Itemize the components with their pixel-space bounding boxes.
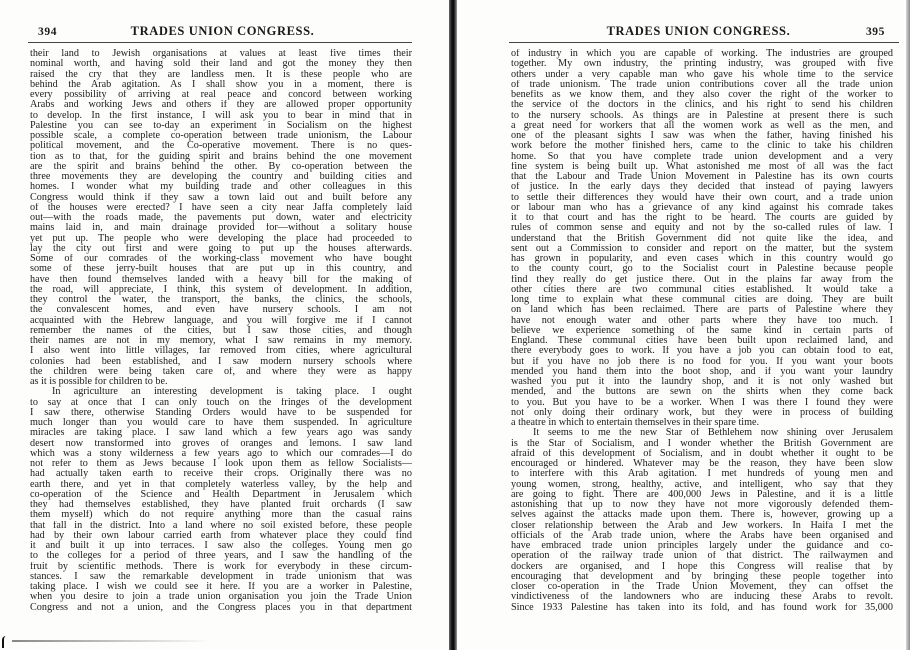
text-line: colonies had been established, and I saw… xyxy=(30,357,412,367)
text-line: Since 1933 Palestine has taken into its … xyxy=(511,603,893,613)
text-line: to the colleges for a period of three ye… xyxy=(30,551,412,561)
text-line: some of these jerry-built houses that ar… xyxy=(30,264,412,274)
text-line: vindictiveness of the landowners who are… xyxy=(511,592,893,602)
text-line: desert now transformed into groves of or… xyxy=(30,439,412,449)
text-line: one of the pleasant sights I saw was whe… xyxy=(511,131,893,141)
text-line: mains laid in, and main drainage provide… xyxy=(30,223,412,233)
text-line: acquainted with the Hebrew language, and… xyxy=(30,316,412,326)
text-line: the road, will appreciate, I think, this… xyxy=(30,285,412,295)
text-line: encouraging that development and by brin… xyxy=(511,572,893,582)
page-edge-shadow xyxy=(12,640,212,642)
running-head-title: TRADES UNION CONGRESS. xyxy=(509,24,866,39)
right-running-head: TRADES UNION CONGRESS. 395 xyxy=(509,24,885,40)
text-line: much longer than you would care to have … xyxy=(30,418,412,428)
text-line: their names are not in my memory, what I… xyxy=(30,336,412,346)
left-running-head: 394 TRADES UNION CONGRESS. xyxy=(38,24,410,40)
text-line: rules of common sense and equity and not… xyxy=(511,223,893,233)
text-line: tion as to that, for the guiding spirit … xyxy=(30,152,412,162)
text-line: of trade unionism. The trade union contr… xyxy=(511,80,893,90)
text-line: others under a very capable man who gave… xyxy=(511,70,893,80)
text-line: had actually taken earth to receive thei… xyxy=(30,469,412,479)
text-line: or labour man who has a grievance of any… xyxy=(511,203,893,213)
text-line: that fall in the district. Into a land w… xyxy=(30,521,412,531)
text-line: of justice. In the early days they decid… xyxy=(511,182,893,192)
text-line: It seems to me the new Star of Bethlehem… xyxy=(511,428,893,438)
text-line: of industry in which you are capable of … xyxy=(511,49,893,59)
left-page-body: their land to Jewish organisations at va… xyxy=(30,49,412,613)
text-line: earth there, and yet in that completely … xyxy=(30,480,412,490)
text-line: closer co-operation in the Trade Union M… xyxy=(511,582,893,592)
text-line: is the Star of Socialism, and I wonder w… xyxy=(511,439,893,449)
text-line: Palestine you can see to-day an experime… xyxy=(30,121,412,131)
header-rule xyxy=(509,42,899,43)
text-line: have then found themselves landed with a… xyxy=(30,275,412,285)
text-line: mended you hand them into the boot shop,… xyxy=(511,367,893,377)
text-line: are the spirit and brains behind the oth… xyxy=(30,162,412,172)
text-line: behind the Arab agitation. As I shall sh… xyxy=(30,80,412,90)
text-line: to develop. In the first instance, I wil… xyxy=(30,111,412,121)
text-line: I also went into little villages, far re… xyxy=(30,346,412,356)
text-line: homes. I wonder what my building trade a… xyxy=(30,182,412,192)
text-line: to say at once that I can only touch on … xyxy=(30,398,412,408)
text-line: their land to Jewish organisations at va… xyxy=(30,49,412,59)
text-line: a theatre in which to entertain themselv… xyxy=(511,418,893,428)
text-line: has grown in popularity, and even cases … xyxy=(511,254,893,264)
text-line: mended, and the buttons are sewn on the … xyxy=(511,387,893,397)
text-line: which was a stony wilderness a few years… xyxy=(30,449,412,459)
text-line: to the county court, go to the Socialist… xyxy=(511,264,893,274)
text-line: encouraged or hindered. Whatever may be … xyxy=(511,459,893,469)
text-line: had by their own labour carried earth fr… xyxy=(30,531,412,541)
text-line: the service of the doctors in the clinic… xyxy=(511,100,893,110)
text-line: Congress would think if they saw a town … xyxy=(30,193,412,203)
text-line: I saw there, otherwise Standing Orders w… xyxy=(30,408,412,418)
text-line: when you desire to join a trade union or… xyxy=(30,592,412,602)
text-line: raised the cry that they are landless me… xyxy=(30,70,412,80)
text-line: together. My own industry, the printing … xyxy=(511,59,893,69)
text-line: England. These communal cities have been… xyxy=(511,336,893,346)
text-line: three movements they are developing the … xyxy=(30,172,412,182)
text-line: other cities there are two communal citi… xyxy=(511,285,893,295)
text-line: they control the water, the transport, t… xyxy=(30,295,412,305)
text-line: fruit by scientific methods. There is wo… xyxy=(30,562,412,572)
text-line: long time to explain what these communal… xyxy=(511,295,893,305)
text-line: there everybody goes to work. If you hav… xyxy=(511,346,893,356)
text-line: afraid of this development of Socialism,… xyxy=(511,449,893,459)
text-line: find they really do get justice there. O… xyxy=(511,275,893,285)
text-line: Some of our comrades of the working-clas… xyxy=(30,254,412,264)
text-line: In agriculture an interesting developmen… xyxy=(30,387,412,397)
text-line: are going to fight. There are 400,000 Je… xyxy=(511,490,893,500)
page-edge xyxy=(906,0,910,650)
text-line: to settle their differences they would h… xyxy=(511,193,893,203)
text-line: officials of the Arab trade union, where… xyxy=(511,531,893,541)
text-line: washed you put it into the laundry shop,… xyxy=(511,377,893,387)
text-line: co-operation of the Science and Health D… xyxy=(30,490,412,500)
text-line: have embraced trade union principles lar… xyxy=(511,541,893,551)
left-page: 394 TRADES UNION CONGRESS. their land to… xyxy=(0,0,452,650)
right-page: TRADES UNION CONGRESS. 395 of industry i… xyxy=(457,0,910,650)
text-line: operation of the railway trade union of … xyxy=(511,551,893,561)
text-line: they had themselves established, they ha… xyxy=(30,500,412,510)
text-line: possible scale, a complete co-operation … xyxy=(30,131,412,141)
header-rule xyxy=(28,42,412,43)
book-gutter xyxy=(449,0,457,650)
text-line: believe we experience something of the s… xyxy=(511,326,893,336)
text-line: yet put up. The people who were developi… xyxy=(30,234,412,244)
text-line: miracles are taking place. I saw land wh… xyxy=(30,428,412,438)
text-line: sent out a Commission to consider and re… xyxy=(511,244,893,254)
text-line: Arabs and working Jews and others if the… xyxy=(30,100,412,110)
page-corner-mark xyxy=(2,636,10,648)
text-line: lay the city out first and were going to… xyxy=(30,244,412,254)
text-line: not only doing their ordinary work, but … xyxy=(511,408,893,418)
text-line: it and built it up into terraces. I saw … xyxy=(30,541,412,551)
text-line: have not enough water and other parts wh… xyxy=(511,316,893,326)
text-line: that the Labour and Trade Union Movement… xyxy=(511,172,893,182)
text-line: to you. But you have to be a worker. Whe… xyxy=(511,398,893,408)
text-line: political movement, and the Co-operative… xyxy=(30,141,412,151)
text-line: nominal worth, and having sold their lan… xyxy=(30,59,412,69)
text-line: to interfere with this Arab agitation. I… xyxy=(511,469,893,479)
text-line: out—with the roads made, the pavements p… xyxy=(30,213,412,223)
text-line: a great need for workers that all the wo… xyxy=(511,121,893,131)
text-line: taking place. I wish we could see it her… xyxy=(30,582,412,592)
text-line: remember the names of the cities, but I … xyxy=(30,326,412,336)
text-line: it to that court and has the right to be… xyxy=(511,213,893,223)
text-line: work before the mother finished hers, ca… xyxy=(511,141,893,151)
right-page-body: of industry in which you are capable of … xyxy=(511,49,893,613)
text-line: them myself) which do not require anythi… xyxy=(30,510,412,520)
text-line: to the nursery schools. As things are in… xyxy=(511,111,893,121)
text-line: of the houses were erected? I have seen … xyxy=(30,203,412,213)
text-line: home. So that you have complete trade un… xyxy=(511,152,893,162)
text-line: dockers are organised, and I hope this C… xyxy=(511,562,893,572)
running-head-title: TRADES UNION CONGRESS. xyxy=(57,24,410,39)
text-line: but if you have no job there is no food … xyxy=(511,357,893,367)
text-line: understand that the British Government d… xyxy=(511,234,893,244)
text-line: fine system is being built up. What asto… xyxy=(511,162,893,172)
text-line: benefits as we know them, and they also … xyxy=(511,90,893,100)
text-line: not refer to them as Jews because I look… xyxy=(30,459,412,469)
text-line: the convalescent homes, and even have nu… xyxy=(30,305,412,315)
text-line: the children were being taken care of, a… xyxy=(30,367,412,377)
text-line: young women, strong, healthy, active, an… xyxy=(511,480,893,490)
text-line: selves against the attacks made upon the… xyxy=(511,510,893,520)
page-number: 395 xyxy=(866,26,885,38)
page-number: 394 xyxy=(38,26,57,38)
text-line: every possibility of arriving at real pe… xyxy=(30,90,412,100)
text-line: closer relationship between the Arab and… xyxy=(511,521,893,531)
text-line: Congress and not a union, and the Congre… xyxy=(30,603,412,613)
text-line: astonishing that up to now they have not… xyxy=(511,500,893,510)
text-line: stances. I saw the remarkable developmen… xyxy=(30,572,412,582)
text-line: on land which has been reclaimed. There … xyxy=(511,305,893,315)
text-line: as it is possible for children to be. xyxy=(30,377,412,387)
